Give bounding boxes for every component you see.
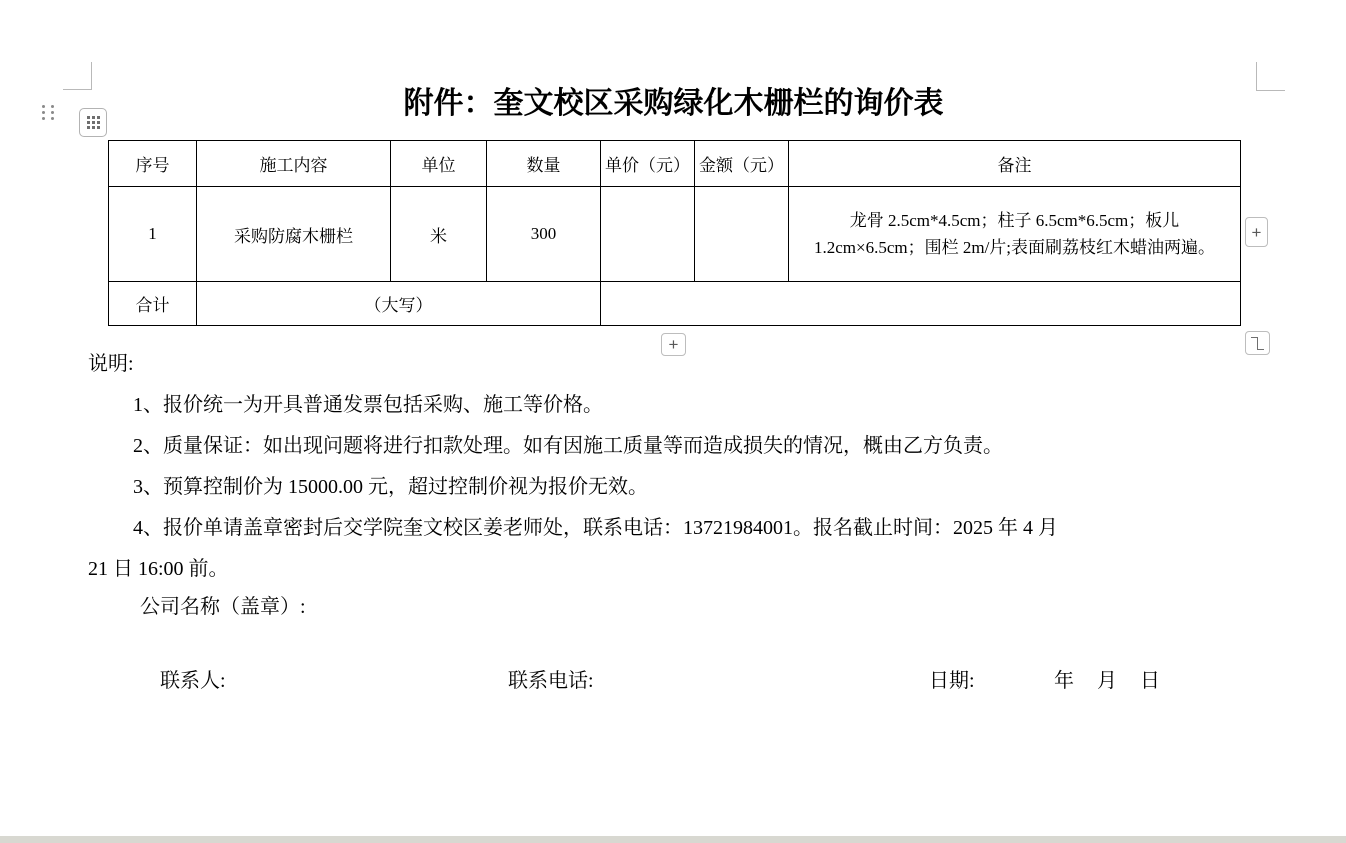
cell-amount[interactable] xyxy=(695,187,789,282)
day-label: 日 xyxy=(1140,669,1160,693)
cell-unit: 米 xyxy=(391,187,487,282)
note-item-1: 1、报价统一为开具普通发票包括采购、施工等价格。 xyxy=(133,393,603,417)
cell-remark: 龙骨 2.5cm*4.5cm；柱子 6.5cm*6.5cm；板儿 1.2cm×6… xyxy=(789,187,1241,282)
table-resize-handle-icon[interactable] xyxy=(1245,331,1270,355)
page-margin-mark-top-right xyxy=(1256,62,1285,91)
cell-unit-price[interactable] xyxy=(601,187,695,282)
document-page: { "title": "附件：奎文校区采购绿化木栅栏的询价表", "table"… xyxy=(0,0,1346,843)
table-total-row: 合计 （大写） xyxy=(109,282,1241,326)
note-item-4-continued: 21 日 16:00 前。 xyxy=(88,557,229,581)
header-unit-price: 单价（元） xyxy=(601,141,695,187)
header-amount: 金额（元） xyxy=(695,141,789,187)
insert-column-button[interactable]: + xyxy=(1245,217,1268,247)
plus-icon: + xyxy=(669,336,679,353)
header-no: 序号 xyxy=(109,141,197,187)
contact-person-label: 联系人: xyxy=(160,669,226,693)
cell-content: 采购防腐木栅栏 xyxy=(197,187,391,282)
page-title: 附件：奎文校区采购绿化木栅栏的询价表 xyxy=(91,84,1256,124)
date-label: 日期: xyxy=(929,669,975,693)
month-label: 月 xyxy=(1097,669,1117,693)
contact-phone-label: 联系电话: xyxy=(508,669,594,693)
cell-quantity: 300 xyxy=(487,187,601,282)
cell-total-value[interactable] xyxy=(601,282,1241,326)
header-unit: 单位 xyxy=(391,141,487,187)
note-item-2: 2、质量保证：如出现问题将进行扣款处理。如有因施工质量等而造成损失的情况，概由乙… xyxy=(133,434,1003,458)
header-remark: 备注 xyxy=(789,141,1241,187)
inquiry-table: 序号 施工内容 单位 数量 单价（元） 金额（元） 备注 1 采购防腐木栅栏 米… xyxy=(108,140,1241,326)
plus-icon: + xyxy=(1252,224,1262,241)
header-content: 施工内容 xyxy=(197,141,391,187)
table-header-row: 序号 施工内容 单位 数量 单价（元） 金额（元） 备注 xyxy=(109,141,1241,187)
insert-row-button[interactable]: + xyxy=(661,333,686,356)
cell-amount-in-words: （大写） xyxy=(197,282,601,326)
page-bottom-edge xyxy=(0,836,1346,843)
cell-total-label: 合计 xyxy=(109,282,197,326)
note-item-3: 3、预算控制价为 15000.00 元，超过控制价视为报价无效。 xyxy=(133,475,648,499)
drag-handle-icon[interactable] xyxy=(42,105,56,122)
header-quantity: 数量 xyxy=(487,141,601,187)
notes-heading: 说明: xyxy=(88,352,134,376)
table-row: 1 采购防腐木栅栏 米 300 龙骨 2.5cm*4.5cm；柱子 6.5cm*… xyxy=(109,187,1241,282)
note-item-4: 4、报价单请盖章密封后交学院奎文校区姜老师处，联系电话：13721984001。… xyxy=(133,516,1058,540)
cell-no: 1 xyxy=(109,187,197,282)
page-margin-mark-top-left xyxy=(63,62,92,90)
company-name-label: 公司名称（盖章）: xyxy=(140,595,306,619)
year-label: 年 xyxy=(1054,669,1074,693)
